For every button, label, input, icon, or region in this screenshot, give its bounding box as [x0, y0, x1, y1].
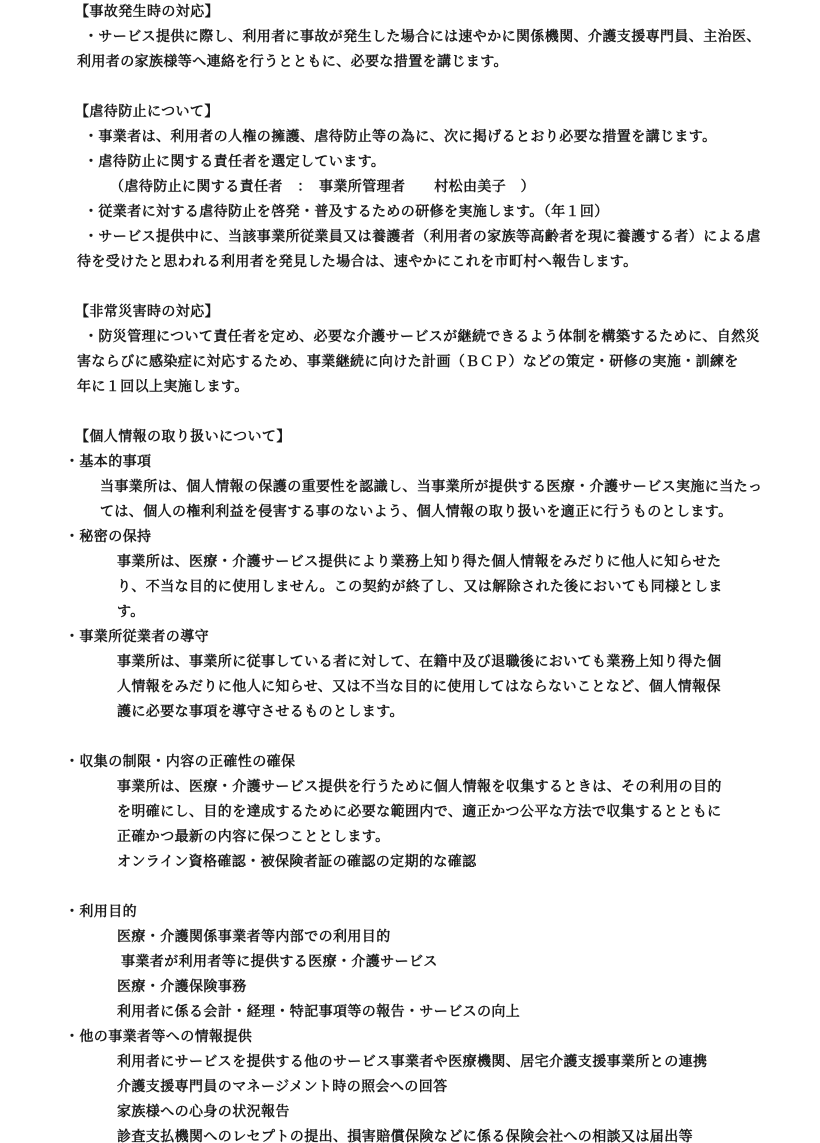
text-line: ・サービス提供に際し、利用者に事故が発生した場合には速やかに関係機関、介護支援専…: [0, 25, 820, 50]
text-line: 正確かつ最新の内容に保つこととします。: [0, 825, 820, 850]
text-line: オンライン資格確認・被保険者証の確認の定期的な確認: [0, 850, 820, 875]
text-line: ・他の事業者等への情報提供: [0, 1025, 820, 1050]
text-line: ・虐待防止に関する責任者を選定しています。: [0, 150, 820, 175]
text-line: 待を受けたと思われる利用者を発見した場合は、速やかにこれを市町村へ報告します。: [0, 250, 820, 275]
document-body: 【事故発生時の対応】・サービス提供に際し、利用者に事故が発生した場合には速やかに…: [0, 0, 820, 1143]
text-line: ・事業所従業者の導守: [0, 625, 820, 650]
text-line: 当事業所は、個人情報の保護の重要性を認識し、当事業所が提供する医療・介護サービス…: [0, 475, 820, 500]
text-line: ては、個人の権利利益を侵害する事のないよう、個人情報の取り扱いを適正に行うものと…: [0, 500, 820, 525]
text-line: ・収集の制限・内容の正確性の確保: [0, 750, 820, 775]
document-page: 【事故発生時の対応】・サービス提供に際し、利用者に事故が発生した場合には速やかに…: [0, 0, 820, 1143]
text-line: 年に１回以上実施します。: [0, 375, 820, 400]
text-line: 介護支援専門員のマネージメント時の照会への回答: [0, 1075, 820, 1100]
text-line: 事業者が利用者等に提供する医療・介護サービス: [0, 950, 820, 975]
text-line: 利用者にサービスを提供する他のサービス事業者や医療機関、居宅介護支援事業所との連…: [0, 1050, 820, 1075]
section-heading: 【虐待防止について】: [0, 100, 820, 125]
text-line: 医療・介護関係事業者等内部での利用目的: [0, 925, 820, 950]
text-line: 医療・介護保険事務: [0, 975, 820, 1000]
text-line: 診査支払機関へのレセプトの提出、損害賠償保険などに係る保険会社への相談又は届出等: [0, 1125, 820, 1143]
text-line: 事業所は、医療・介護サービス提供を行うために個人情報を収集するときは、その利用の…: [0, 775, 820, 800]
text-line: ・サービス提供中に、当該事業所従業員又は養護者（利用者の家族等高齢者を現に養護す…: [0, 225, 820, 250]
text-line: 利用者の家族様等へ連絡を行うとともに、必要な措置を講じます。: [0, 50, 820, 75]
text-line: 事業所は、事業所に従事している者に対して、在籍中及び退職後においても業務上知り得…: [0, 650, 820, 675]
text-line: 家族様への心身の状況報告: [0, 1100, 820, 1125]
section-heading: 【非常災害時の対応】: [0, 300, 820, 325]
text-line: 利用者に係る会計・経理・特記事項等の報告・サービスの向上: [0, 1000, 820, 1025]
text-line: ・従業者に対する虐待防止を啓発・普及するための研修を実施します。（年１回）: [0, 200, 820, 225]
blank-line: [0, 400, 820, 425]
text-line: 人情報をみだりに他人に知らせ、又は不当な目的に使用してはならないことなど、個人情…: [0, 675, 820, 700]
section-heading: 【個人情報の取り扱いについて】: [0, 425, 820, 450]
text-line: り、不当な目的に使用しません。この契約が終了し、又は解除された後においても同様と…: [0, 575, 820, 600]
text-line: 事業所は、医療・介護サービス提供により業務上知り得た個人情報をみだりに他人に知ら…: [0, 550, 820, 575]
blank-line: [0, 725, 820, 750]
text-line: を明確にし、目的を達成するために必要な範囲内で、適正かつ公平な方法で収集するとと…: [0, 800, 820, 825]
text-line: ・基本的事項: [0, 450, 820, 475]
text-line: ・利用目的: [0, 900, 820, 925]
text-line: ・秘密の保持: [0, 525, 820, 550]
blank-line: [0, 875, 820, 900]
text-line: ・事業者は、利用者の人権の擁護、虐待防止等の為に、次に掲げるとおり必要な措置を講…: [0, 125, 820, 150]
text-line: ・防災管理について責任者を定め、必要な介護サービスが継続できるよう体制を構築する…: [0, 325, 820, 350]
text-line: （虐待防止に関する責任者 ： 事業所管理者 村松由美子 ）: [0, 175, 820, 200]
text-line: 害ならびに感染症に対応するため、事業継続に向けた計画（ＢＣＰ）などの策定・研修の…: [0, 350, 820, 375]
blank-line: [0, 275, 820, 300]
text-line: す。: [0, 600, 820, 625]
section-heading: 【事故発生時の対応】: [0, 0, 820, 25]
text-line: 護に必要な事項を導守させるものとします。: [0, 700, 820, 725]
blank-line: [0, 75, 820, 100]
